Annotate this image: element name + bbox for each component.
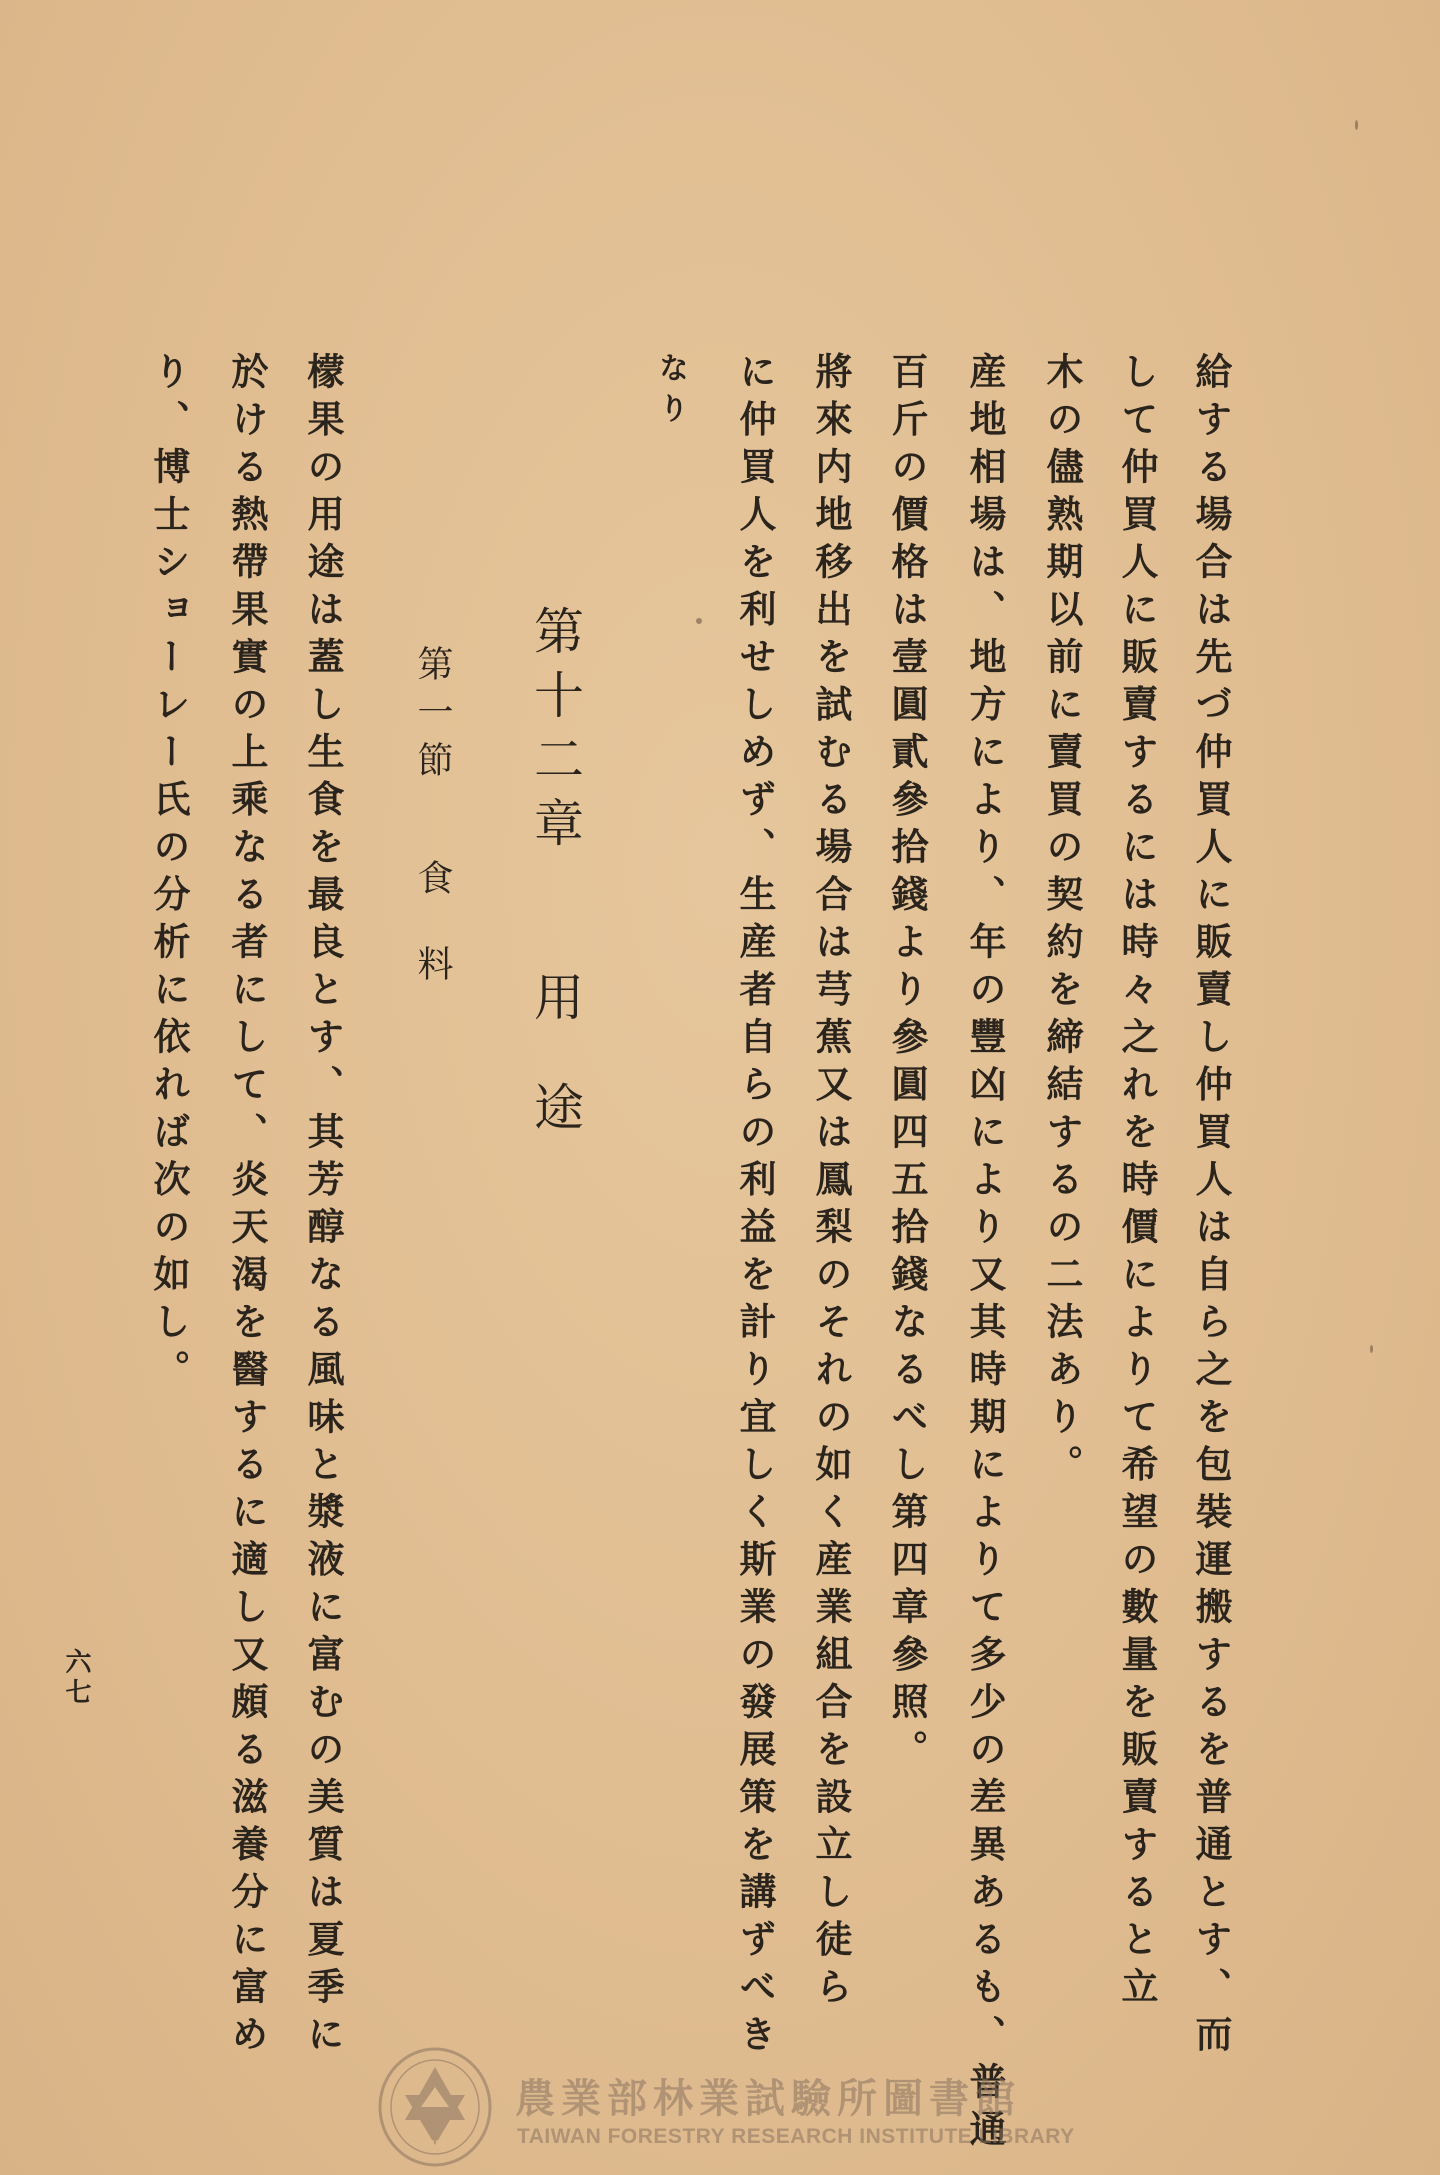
text-column: り、博士ショーレー氏の分析に依れば次の如し。 (150, 352, 187, 1397)
chapter-number: 第十二章 (526, 605, 584, 861)
text-column: なり (655, 352, 685, 433)
page-number: 六七 (58, 1648, 95, 1708)
paper-speck (1370, 1345, 1373, 1353)
text-column: に仲買人を利せしめず、生産者自らの利益を計り宜しく斯業の發展策を講ずべき (736, 352, 773, 2062)
institute-seal-icon: 1896 (375, 2045, 495, 2170)
paper-speck (696, 618, 702, 624)
section-title: 食料 (412, 859, 453, 1031)
text-column: 於ける熱帶果實の上乘なる者にして、炎天渴を醫するに適し又頗る滋養分に富め (228, 352, 265, 2062)
library-name-zh: 農業部林業試驗所圖書館 (515, 2067, 1021, 2124)
text-column: 木の儘熟期以前に賣買の契約を締結するの二法あり。 (1043, 352, 1080, 1492)
book-page: 給する場合は先づ仲買人に販賣し仲買人は自ら之を包裝運搬するを普通とす、而 して仲… (0, 0, 1440, 2175)
section-number: 第一節 (412, 645, 453, 789)
paper-speck (1355, 120, 1358, 130)
svg-text:1896: 1896 (422, 2139, 447, 2150)
text-column: 産地相場は、地方により、年の豐凶により又其時期によりて多少の差異あるも、普通 (966, 352, 1003, 2157)
library-name-en: TAIWAN FORESTRY RESEARCH INSTITUTE LIBRA… (517, 2125, 1075, 2149)
library-watermark: 1896 農業部林業試驗所圖書館 TAIWAN FORESTRY RESEARC… (375, 2045, 1075, 2170)
chapter-heading: 第十二章用途 (530, 605, 580, 1191)
text-column: して仲買人に販賣するには時々之れを時價によりて希望の數量を販賣すると立 (1118, 352, 1155, 2015)
text-column: 給する場合は先づ仲買人に販賣し仲買人は自ら之を包裝運搬するを普通とす、而 (1192, 352, 1229, 2062)
chapter-title: 用途 (526, 971, 584, 1191)
text-column: 將來内地移出を試むる場合は芎蕉又は鳳梨のそれの如く産業組合を設立し徒ら (812, 352, 849, 2015)
text-column: 檬果の用途は蓋し生食を最良とす、其芳醇なる風味と漿液に富むの美質は夏季に (304, 352, 341, 2062)
section-heading: 第一節食料 (414, 645, 450, 1031)
text-column: 百斤の價格は壹圓貳參拾錢より參圓四五拾錢なるべし第四章參照。 (888, 352, 925, 1777)
